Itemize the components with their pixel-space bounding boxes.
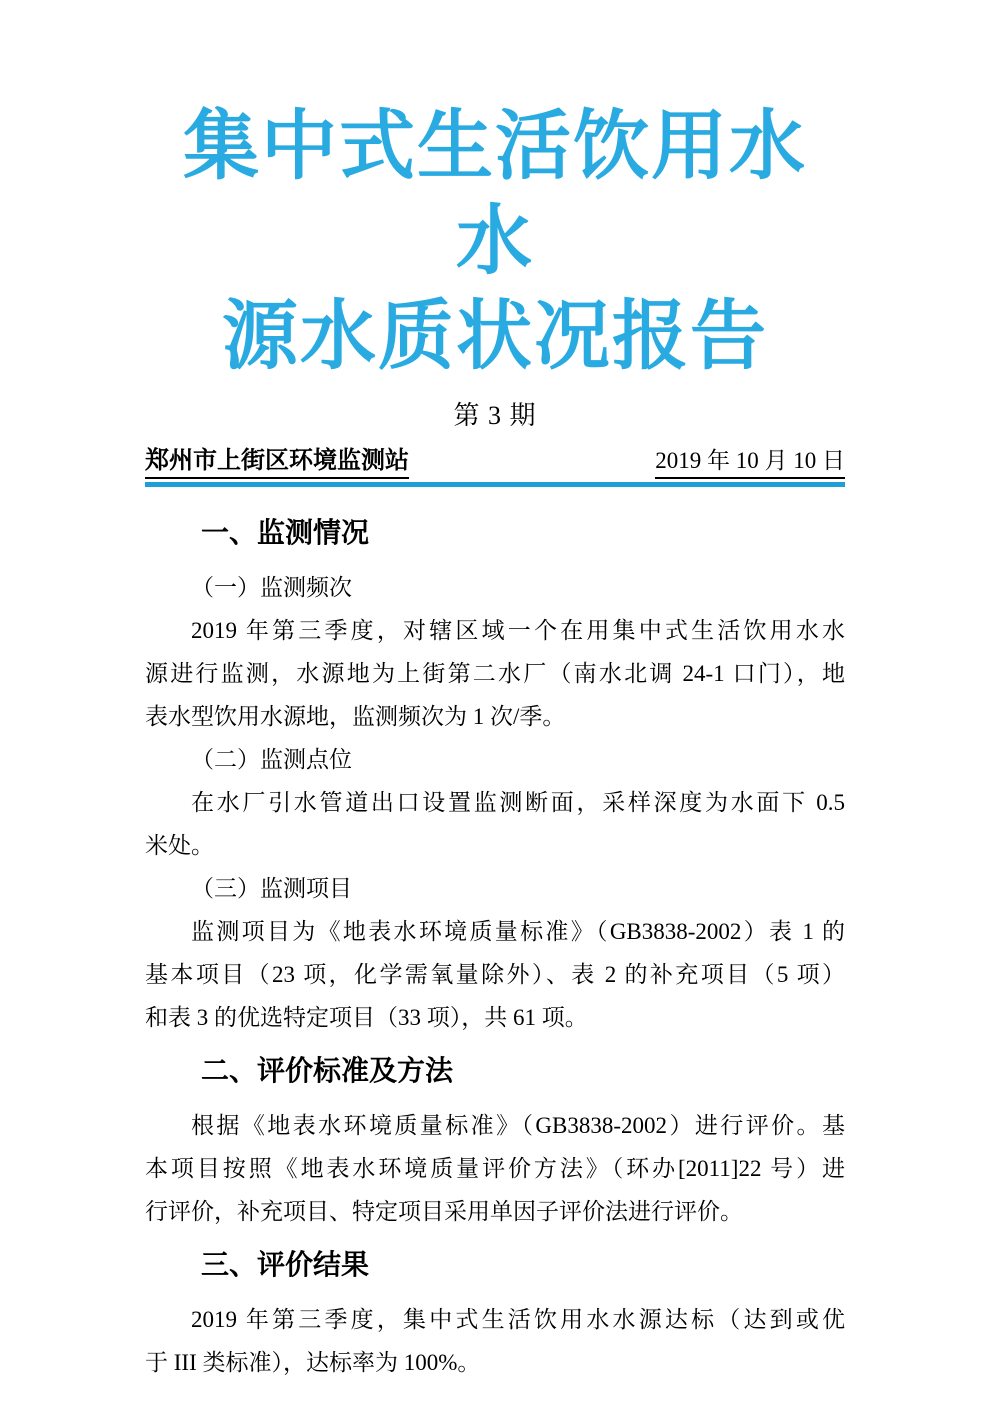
paragraph-line: 源进行监测，水源地为上街第二水厂（南水北调 24-1 口门），地 <box>145 652 845 695</box>
report-date: 2019 年 10 月 10 日 <box>655 445 845 479</box>
section-heading-monitoring: 一、监测情况 <box>145 511 845 554</box>
paragraph-line: 根据《地表水环境质量标准》（GB3838-2002）进行评价。基 <box>145 1104 845 1147</box>
paragraph-line: 在水厂引水管道出口设置监测断面，采样深度为水面下 0.5 <box>145 781 845 824</box>
subsection-heading-items: （三）监测项目 <box>145 867 845 910</box>
paragraph-line: 监测项目为《地表水环境质量标准》（GB3838-2002）表 1 的 <box>145 910 845 953</box>
paragraph-location: 在水厂引水管道出口设置监测断面，采样深度为水面下 0.5 米处。 <box>145 781 845 867</box>
issue-number: 第 3 期 <box>145 399 845 433</box>
subsection-heading-frequency: （一）监测频次 <box>145 566 845 609</box>
subsection-heading-location: （二）监测点位 <box>145 738 845 781</box>
report-title: 集中式生活饮用水水 源水质状况报告 <box>145 100 845 385</box>
paragraph-line: 行评价，补充项目、特定项目采用单因子评价法进行评价。 <box>145 1190 845 1233</box>
section-heading-standards: 二、评价标准及方法 <box>145 1049 845 1092</box>
paragraph-standards: 根据《地表水环境质量标准》（GB3838-2002）进行评价。基 本项目按照《地… <box>145 1104 845 1233</box>
report-title-line-1: 集中式生活饮用水水 <box>183 105 807 284</box>
report-title-line-2: 源水质状况报告 <box>222 295 768 379</box>
paragraph-line: 表水型饮用水源地，监测频次为 1 次/季。 <box>145 695 845 738</box>
section-heading-results: 三、评价结果 <box>145 1243 845 1286</box>
report-body: 一、监测情况 （一）监测频次 2019 年第三季度，对辖区域一个在用集中式生活饮… <box>145 511 845 1384</box>
paragraph-line: 本项目按照《地表水环境质量评价方法》（环办[2011]22 号）进 <box>145 1147 845 1190</box>
paragraph-results: 2019 年第三季度，集中式生活饮用水水源达标（达到或优 于 III 类标准），… <box>145 1298 845 1384</box>
paragraph-line: 2019 年第三季度，集中式生活饮用水水源达标（达到或优 <box>145 1298 845 1341</box>
paragraph-line: 2019 年第三季度，对辖区域一个在用集中式生活饮用水水 <box>145 609 845 652</box>
paragraph-line: 于 III 类标准），达标率为 100%。 <box>145 1341 845 1384</box>
paragraph-line: 基本项目（23 项，化学需氧量除外）、表 2 的补充项目（5 项） <box>145 953 845 996</box>
agency-name: 郑州市上街区环境监测站 <box>145 445 409 479</box>
paragraph-frequency: 2019 年第三季度，对辖区域一个在用集中式生活饮用水水 源进行监测，水源地为上… <box>145 609 845 738</box>
paragraph-line: 和表 3 的优选特定项目（33 项），共 61 项。 <box>145 996 845 1039</box>
report-page: 集中式生活饮用水水 源水质状况报告 第 3 期 郑州市上街区环境监测站 2019… <box>0 0 992 1403</box>
paragraph-line: 米处。 <box>145 824 845 867</box>
paragraph-items: 监测项目为《地表水环境质量标准》（GB3838-2002）表 1 的 基本项目（… <box>145 910 845 1039</box>
report-header: 郑州市上街区环境监测站 2019 年 10 月 10 日 <box>145 445 845 487</box>
